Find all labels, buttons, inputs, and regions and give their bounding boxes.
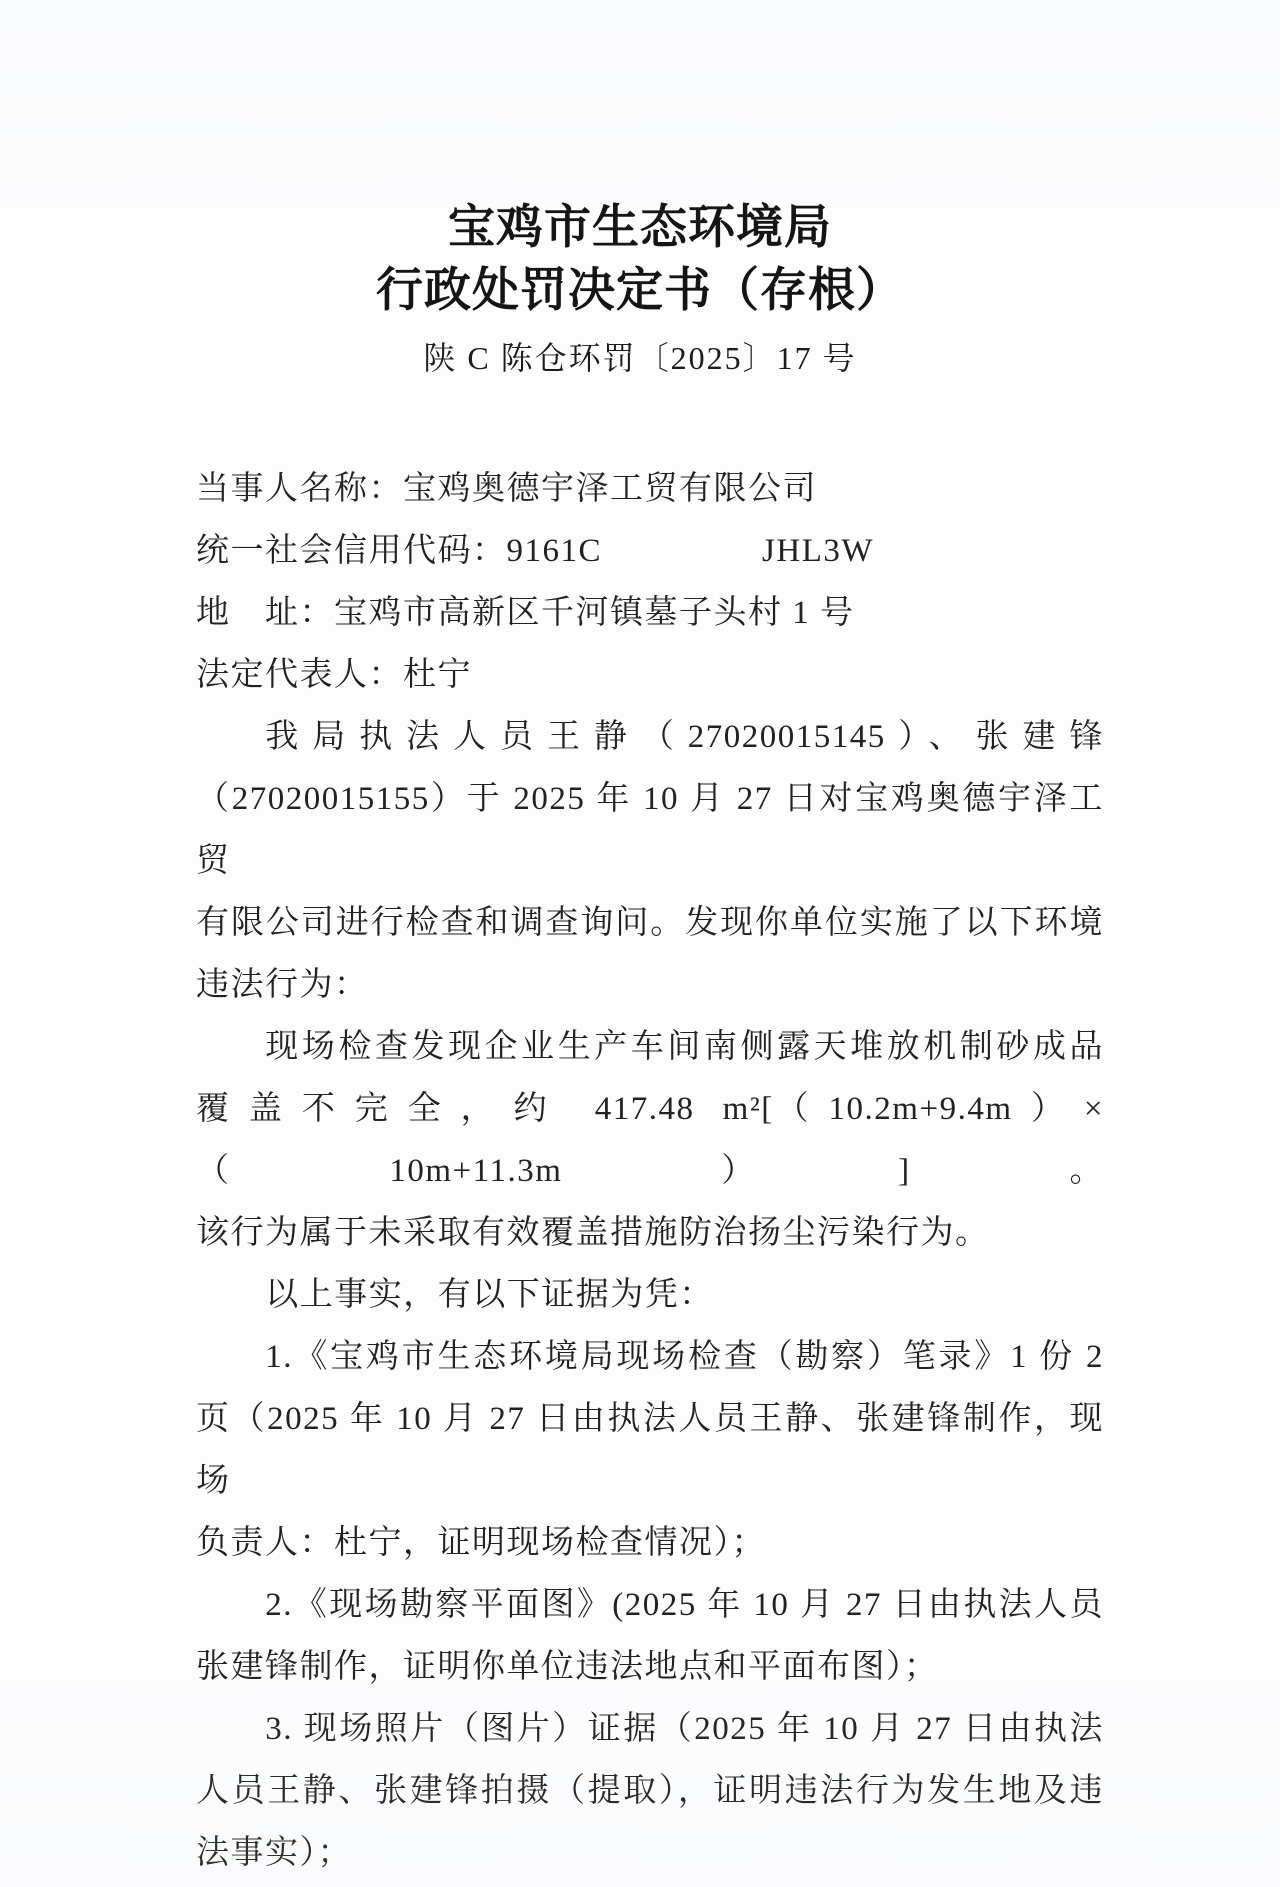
paragraph-line: 我局执法人员王静（27020015145）、张建锋: [196, 706, 1104, 768]
text-run: 1.《宝鸡市生态环境局现场检查（勘察）笔录》1 份 2: [265, 1339, 1104, 1375]
paragraph-line: 页（2025 年 10 月 27 日由执法人员王静、张建锋制作，现场: [196, 1388, 1104, 1512]
doc-number: 陕 C 陈仓环罚〔2025〕17 号: [0, 336, 1280, 380]
text-run: 违法行为：: [196, 967, 369, 1003]
paragraph-line: 人员王静、张建锋拍摄（提取），证明违法行为发生地及违: [196, 1760, 1104, 1822]
paragraph-line: 负责人：杜宁，证明现场检查情况）；: [196, 1512, 1104, 1574]
paragraph-line: 3. 现场照片（图片）证据（2025 年 10 月 27 日由执法: [196, 1698, 1104, 1760]
paragraph-line: 违法行为：: [196, 954, 1104, 1016]
text-run: 张建锋制作，证明你单位违法地点和平面布图）；: [196, 1649, 939, 1685]
document-title: 宝鸡市生态环境局 行政处罚决定书（存根）: [0, 195, 1280, 321]
title-line-1: 宝鸡市生态环境局: [0, 195, 1280, 258]
text-run: 负责人：杜宁，证明现场检查情况）；: [196, 1525, 766, 1561]
paragraph-line: 以上事实，有以下证据为凭：: [196, 1264, 1104, 1326]
paragraph-line: 该行为属于未采取有效覆盖措施防治扬尘污染行为。: [196, 1202, 1104, 1264]
text-run: 3. 现场照片（图片）证据（2025 年 10 月 27 日由执法: [265, 1711, 1104, 1747]
field-line: 当事人名称：宝鸡奥德宇泽工贸有限公司: [196, 458, 1104, 520]
text-run: 法定代表人：杜宁: [196, 657, 472, 693]
paragraph-line: 2.《现场勘察平面图》(2025 年 10 月 27 日由执法人员: [196, 1574, 1104, 1636]
text-run: 覆盖不完全，约 417.48 m²[（10.2m+9.4m）×（10m+11.3…: [196, 1091, 1104, 1189]
field-line: 法定代表人：杜宁: [196, 644, 1104, 706]
text-run: （27020015155）于 2025 年 10 月 27 日对宝鸡奥德宇泽工贸: [196, 781, 1104, 879]
text-run: 人员王静、张建锋拍摄（提取），证明违法行为发生地及违: [196, 1773, 1104, 1809]
paragraph-line: （27020015155）于 2025 年 10 月 27 日对宝鸡奥德宇泽工贸: [196, 768, 1104, 892]
paragraph-line: 张建锋制作，证明你单位违法地点和平面布图）；: [196, 1636, 1104, 1698]
text-run: 统一社会信用代码：9161C: [196, 533, 602, 569]
paragraph-line: 覆盖不完全，约 417.48 m²[（10.2m+9.4m）×（10m+11.3…: [196, 1078, 1104, 1202]
paragraph-line: 有限公司进行检查和调查询问。发现你单位实施了以下环境: [196, 892, 1104, 954]
text-run: 我局执法人员王静（27020015145）、张建锋: [265, 719, 1104, 755]
text-run: 现场检查发现企业生产车间南侧露天堆放机制砂成品: [265, 1029, 1104, 1065]
text-run: 页（2025 年 10 月 27 日由执法人员王静、张建锋制作，现场: [196, 1401, 1104, 1499]
field-line: 统一社会信用代码：9161CJHL3W: [196, 520, 1104, 582]
text-run: JHL3W: [762, 533, 874, 569]
text-run: 有限公司进行检查和调查询问。发现你单位实施了以下环境: [196, 905, 1104, 941]
document-body: 当事人名称：宝鸡奥德宇泽工贸有限公司统一社会信用代码：9161CJHL3W地 址…: [196, 458, 1104, 1884]
text-run: 当事人名称：宝鸡奥德宇泽工贸有限公司: [196, 471, 817, 507]
body-paragraphs: 我局执法人员王静（27020015145）、张建锋（27020015155）于 …: [196, 706, 1104, 1884]
paragraph-line: 现场检查发现企业生产车间南侧露天堆放机制砂成品: [196, 1016, 1104, 1078]
penalty-decision-document-page: 宝鸡市生态环境局 行政处罚决定书（存根） 陕 C 陈仓环罚〔2025〕17 号 …: [0, 0, 1280, 1887]
field-line: 地 址：宝鸡市高新区千河镇墓子头村 1 号: [196, 582, 1104, 644]
text-run: 该行为属于未采取有效覆盖措施防治扬尘污染行为。: [196, 1215, 990, 1251]
text-run: 地 址：宝鸡市高新区千河镇墓子头村 1 号: [196, 595, 855, 631]
title-line-2: 行政处罚决定书（存根）: [0, 258, 1280, 321]
paragraph-line: 1.《宝鸡市生态环境局现场检查（勘察）笔录》1 份 2: [196, 1326, 1104, 1388]
text-run: 2.《现场勘察平面图》(2025 年 10 月 27 日由执法人员: [265, 1587, 1104, 1623]
text-run: 法事实）；: [196, 1835, 352, 1871]
redacted-gap: [602, 560, 762, 561]
paragraph-line: 法事实）；: [196, 1822, 1104, 1884]
party-fields: 当事人名称：宝鸡奥德宇泽工贸有限公司统一社会信用代码：9161CJHL3W地 址…: [196, 458, 1104, 706]
text-run: 以上事实，有以下证据为凭：: [265, 1277, 714, 1313]
